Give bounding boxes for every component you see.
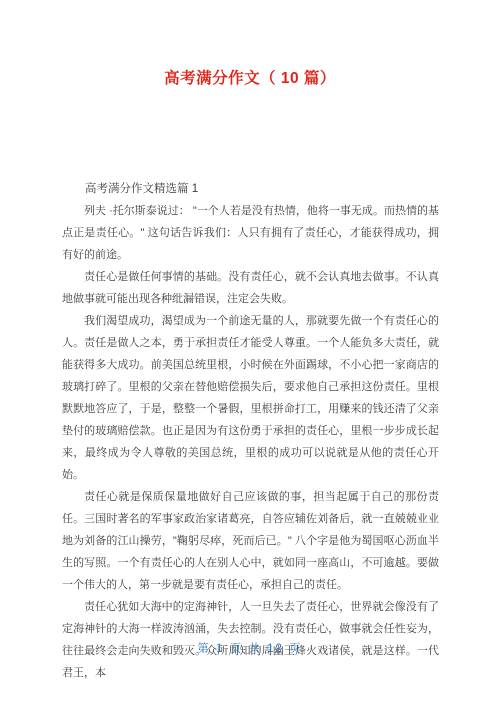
document-body: 高考满分作文精选篇 1 列夫 ·托尔斯泰说过： "一个人若是没有热情，他将一事无… (62, 178, 439, 684)
document-page: 高考满分作文（ 10 篇） 高考满分作文精选篇 1 列夫 ·托尔斯泰说过： "一… (0, 0, 500, 707)
paragraph: 列夫 ·托尔斯泰说过： "一个人若是没有热情，他将一事无成。而热情的基点正是责任… (62, 200, 439, 266)
page-number-text: 第 1 页 共 12 页 (197, 643, 302, 655)
section-heading: 高考满分作文精选篇 1 (62, 178, 439, 200)
paragraph: 责任心就是保质保量地做好自己应该做的事，担当起属于自己的那份责任。三国时著名的军… (62, 486, 439, 596)
document-title: 高考满分作文（ 10 篇） (0, 68, 500, 90)
paragraph: 责任心是做任何事情的基础。没有责任心，就不会认真地去做事。不认真地做事就可能出现… (62, 266, 439, 310)
page-footer: 第 1 页 共 12 页 (0, 639, 500, 657)
paragraph: 我们渴望成功，渴望成为一个前途无量的人，那就要先做一个有责任心的人。责任是做人之… (62, 310, 439, 486)
